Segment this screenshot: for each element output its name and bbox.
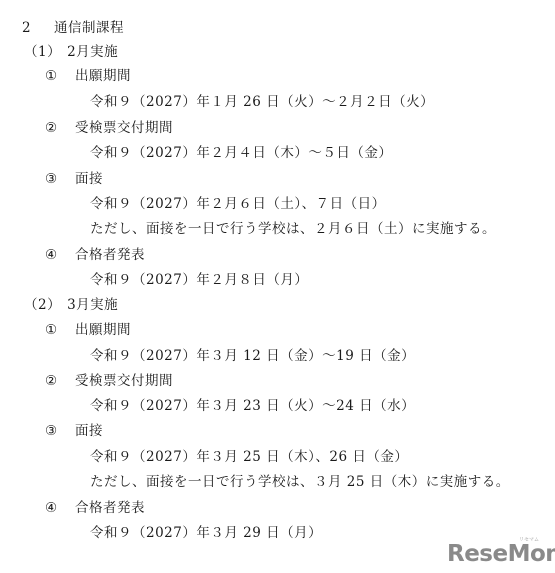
item-marker: ③	[45, 167, 75, 192]
item-detail: 令和９（2027）年３月 25 日（木）、26 日（金）	[90, 445, 408, 470]
item-title: 合格者発表	[75, 247, 145, 263]
item-heading: ③面接	[45, 167, 103, 192]
item-heading: ②受検票交付期間	[45, 369, 173, 394]
item-heading: ④合格者発表	[45, 243, 145, 268]
resemom-logo: ReseMom	[447, 541, 555, 567]
section-title: 通信制課程	[54, 20, 124, 36]
section-heading: 2通信制課程	[22, 16, 124, 41]
item-heading: ①出願期間	[45, 318, 131, 343]
item-detail: 令和９（2027）年２月４日（木）～５日（金）	[90, 141, 392, 166]
item-detail: 令和９（2027）年１月 26 日（火）～２月２日（火）	[90, 90, 434, 115]
part-title: 2月実施	[67, 44, 118, 60]
item-marker: ④	[45, 243, 75, 268]
item-note: ただし、面接を一日で行う学校は、３月 25 日（木）に実施する。	[90, 470, 510, 495]
item-heading: ②受検票交付期間	[45, 116, 173, 141]
item-heading: ③面接	[45, 419, 103, 444]
item-heading: ①出願期間	[45, 64, 131, 89]
item-marker: ②	[45, 116, 75, 141]
item-detail: 令和９（2027）年２月６日（土）、７日（日）	[90, 192, 386, 217]
item-title: 合格者発表	[75, 500, 145, 516]
item-title: 出願期間	[75, 322, 131, 338]
item-heading: ④合格者発表	[45, 496, 145, 521]
item-marker: ①	[45, 318, 75, 343]
item-marker: ③	[45, 419, 75, 444]
item-detail: 令和９（2027）年２月８日（月）	[90, 268, 308, 293]
part-heading: （2）3月実施	[24, 293, 118, 318]
item-marker: ②	[45, 369, 75, 394]
item-title: 受検票交付期間	[75, 373, 173, 389]
item-title: 面接	[75, 171, 103, 187]
part-title: 3月実施	[67, 297, 118, 313]
part-heading: （1）2月実施	[24, 40, 118, 65]
item-marker: ④	[45, 496, 75, 521]
item-title: 面接	[75, 423, 103, 439]
item-detail: 令和９（2027）年３月 23 日（火）～24 日（水）	[90, 394, 415, 419]
section-number: 2	[22, 16, 54, 41]
item-title: 受検票交付期間	[75, 120, 173, 136]
part-label: （2）	[24, 293, 61, 318]
part-label: （1）	[24, 40, 61, 65]
item-detail: 令和９（2027）年３月 29 日（月）	[90, 521, 322, 546]
item-detail: 令和９（2027）年３月 12 日（金）～19 日（金）	[90, 344, 415, 369]
item-title: 出願期間	[75, 68, 131, 84]
item-marker: ①	[45, 64, 75, 89]
item-note: ただし、面接を一日で行う学校は、２月６日（土）に実施する。	[90, 217, 496, 242]
